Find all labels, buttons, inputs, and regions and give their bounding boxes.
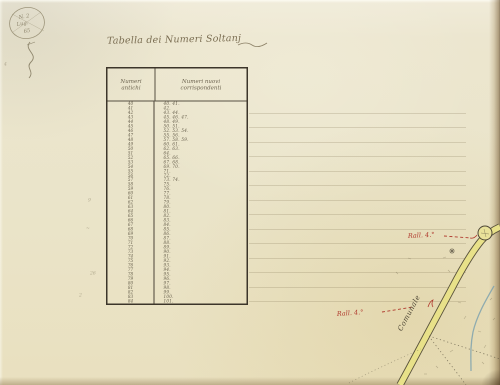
ruled-line [249,301,466,302]
road-label: Comunale [396,294,422,333]
concordance-table: Numeri antichi Numeri nuovi corrisponden… [106,67,248,305]
paper-edge-left [0,0,3,385]
ruled-line [249,272,466,273]
vegetation-ticks [396,257,495,374]
landmark-detail [481,229,489,237]
red-survey-note-top: Rall. 4.° [407,231,435,240]
ruled-line [249,142,466,143]
asterisk-mark [449,248,455,254]
page-title: Tabella dei Numeri Soltanj [107,32,277,47]
ruled-line [249,214,466,215]
ruled-line [249,229,466,230]
new-numbers: 101. [155,299,247,303]
ruled-line [249,185,466,186]
margin-mark: 4 [4,62,7,67]
header-col-old-numbers: Numeri antichi [108,69,156,101]
ruled-line [249,171,466,172]
stamp-text-line: 65 [23,28,31,35]
table-header: Numeri antichi Numeri nuovi corrisponden… [108,69,247,102]
red-survey-note-bottom: Rall. 4.° [336,308,364,318]
header-col-new-numbers: Numeri nuovi corrispondenti [156,69,247,101]
paper-corner-shadow [478,367,500,385]
stamp-flourish-tick [27,42,35,45]
ruled-line [249,200,466,201]
paper-edge-bottom [0,377,500,385]
ruled-line [249,156,466,157]
road-casing [400,227,500,385]
red-leader-hook [470,235,477,238]
margin-mark: 26 [90,271,96,276]
stamp-cross-line [12,14,44,31]
stamp-flourish [28,42,33,78]
header-new-line2: corrispondenti [156,85,247,92]
ruled-line [249,258,466,259]
map-fragment: Rall. 4.° Rall. 4.° Comunale [336,226,500,385]
stamp-text-line: N. 2 [17,13,30,21]
margin-marks: 49~262 [0,0,500,385]
ruled-line [249,127,466,128]
header-old-line2: antichi [108,85,155,92]
notary-stamp: N. 2 Lug. 65 [7,4,48,78]
paper-edge-right [489,0,500,385]
table-body: 4040. 41.4142.4243. 44.4345. 46. 47.4448… [108,102,247,304]
margin-mark: 2 [79,293,82,298]
ruled-line [249,113,466,114]
red-dashed-leader-top [444,236,471,238]
ruled-line [249,243,466,244]
table-border: Numeri antichi Numeri nuovi corrisponden… [106,67,248,305]
map-and-ink-overlay: N. 2 Lug. 65 Rall. 4.° [0,0,500,385]
margin-mark: 9 [88,198,91,203]
stamp-text-line: Lug. [15,20,29,28]
paper-edge-top [0,0,500,3]
old-number: 84 [108,299,155,303]
ruled-line [249,287,466,288]
stamp-cross-line [13,12,41,32]
red-dashed-leader-bottom [382,307,413,312]
margin-mark: ~ [86,226,90,231]
table-row: 84101. [108,299,247,303]
document-page: 49~262 Tabella dei Numeri Soltanj Numeri… [0,0,500,385]
stamp-oval [7,4,48,42]
road-path [400,227,500,385]
